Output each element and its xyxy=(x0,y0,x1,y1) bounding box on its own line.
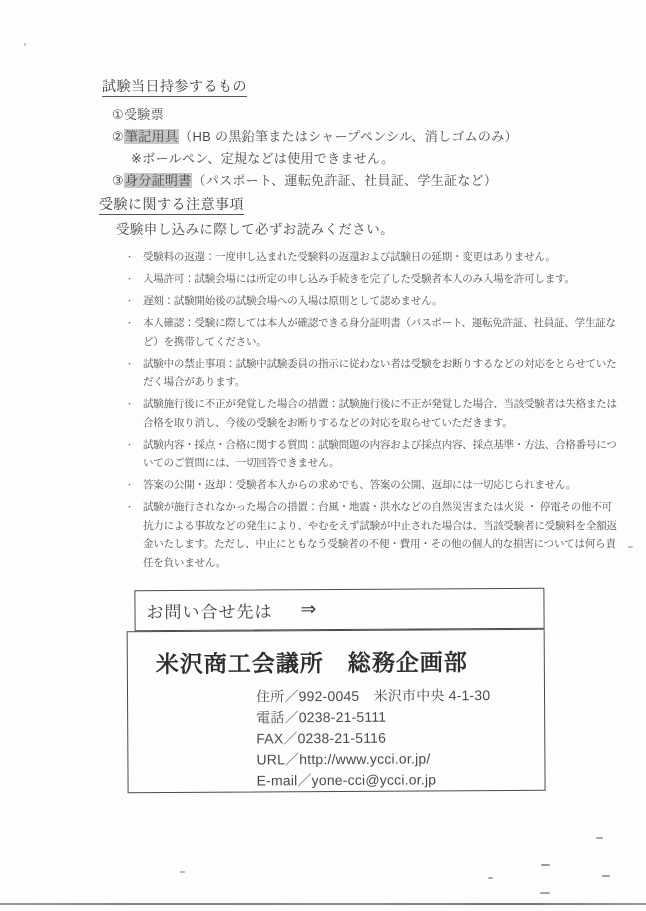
notes-list: ・受験料の返還：一度申し込まれた受験料の返還および試験日の延期・変更はありません… xyxy=(125,248,619,572)
notice-text: 本人確認：受験に際しては本人が確認できる身分証明書（パスポート、運転免許証、社員… xyxy=(143,314,619,351)
contact-detail-lines: 住所／992-0045 米沢市中央 4-1-30 電話／0238-21-5111… xyxy=(256,685,545,792)
item-number: ③ xyxy=(112,173,124,188)
notice-item: ・受験料の返還：一度申し込まれた受験料の返還および試験日の延期・変更はありません… xyxy=(125,248,619,267)
bullet-icon: ・ xyxy=(125,498,133,572)
bring-list: ①受験票 ②筆記用具（HB の黒鉛筆またはシャープペンシル、消しゴムのみ） ※ボ… xyxy=(102,104,602,192)
notice-item: ・答案の公開・返却：受験者本人からの求めでも、答案の公開、返却には一切応じられま… xyxy=(125,476,619,495)
item-label: 受験票 xyxy=(124,107,164,122)
bring-section: 試験当日持参するもの ①受験票 ②筆記用具（HB の黒鉛筆またはシャープペンシル… xyxy=(102,78,602,192)
contact-header-label: お問い合せ先は xyxy=(146,597,272,623)
notes-section: 受験に関する注意事項 受験申し込みに際して必ずお読みください。 ・受験料の返還：… xyxy=(99,196,619,576)
notice-item: ・遅刻：試験開始後の試験会場への入場は原則として認めません。 xyxy=(125,292,619,311)
notice-item: ・本人確認：受験に際しては本人が確認できる身分証明書（パスポート、運転免許証、社… xyxy=(125,314,619,351)
scan-speck xyxy=(541,864,550,866)
bullet-icon: ・ xyxy=(125,292,133,311)
notice-item: ・試験が施行されなかった場合の措置：台風・地震・洪水などの自然災害または火災 ・… xyxy=(125,498,619,572)
scan-speck xyxy=(628,546,633,548)
contact-line-url: URL／http://www.ycci.or.jp/ xyxy=(256,748,544,771)
bullet-icon: ・ xyxy=(125,314,133,351)
scan-speck xyxy=(596,837,603,839)
notice-text: 試験施行後に不正が発覚した場合の措置：試験施行後に不正が発覚した場合、当該受験者… xyxy=(143,395,619,432)
item-label-highlighted: 筆記用具 xyxy=(124,129,179,144)
item-number: ① xyxy=(112,107,124,122)
organization-name: 米沢商工会議所 総務企画部 xyxy=(156,644,544,679)
scan-speck xyxy=(24,43,26,46)
item-rest: （パスポート、運転免許証、社員証、学生証など） xyxy=(192,173,497,188)
scan-speck xyxy=(180,871,185,873)
bullet-icon: ・ xyxy=(125,395,133,432)
contact-line-email: E-mail／yone-cci@ycci.or.jp xyxy=(256,769,544,792)
notice-item: ・試験施行後に不正が発覚した場合の措置：試験施行後に不正が発覚した場合、当該受験… xyxy=(125,395,619,432)
scan-speck xyxy=(488,877,493,879)
bullet-icon: ・ xyxy=(125,476,133,495)
notice-text: 試験中の禁止事項：試験中試験委員の指示に従わない者は受験をお断りするなどの対応を… xyxy=(143,355,619,392)
notice-text: 試験内容・採点・合格に関する質問：試験問題の内容および採点内容、採点基準・方法、… xyxy=(143,436,619,473)
scanned-document-page: 試験当日持参するもの ①受験票 ②筆記用具（HB の黒鉛筆またはシャープペンシル… xyxy=(0,0,646,911)
notice-item: ・入場許可：試験会場には所定の申し込み手続きを完了した受験者本人のみ入場を許可し… xyxy=(125,270,619,289)
contact-line-phone: 電話／0238-21-5111 xyxy=(256,706,544,729)
notice-text: 入場許可：試験会場には所定の申し込み手続きを完了した受験者本人のみ入場を許可しま… xyxy=(143,270,619,289)
notes-subheading: 受験申し込みに際して必ずお読みください。 xyxy=(116,221,619,238)
bullet-icon: ・ xyxy=(125,436,133,473)
notice-text: 受験料の返還：一度申し込まれた受験料の返還および試験日の延期・変更はありません。 xyxy=(143,248,619,267)
notice-text: 試験が施行されなかった場合の措置：台風・地震・洪水などの自然災害または火災 ・ … xyxy=(143,498,619,572)
note-no-ballpoint: ※ボールペン、定規などは使用できません。 xyxy=(131,148,602,170)
arrow-right-icon: ⇒ xyxy=(300,598,317,621)
bullet-icon: ・ xyxy=(125,248,133,267)
list-item-id-card: ③身分証明書（パスポート、運転免許証、社員証、学生証など） xyxy=(112,170,602,192)
item-number: ② xyxy=(112,129,124,144)
notice-text: 答案の公開・返却：受験者本人からの求めでも、答案の公開、返却には一切応じられませ… xyxy=(143,476,619,495)
scan-speck xyxy=(602,875,610,877)
notice-text: 遅刻：試験開始後の試験会場への入場は原則として認めません。 xyxy=(143,292,619,311)
notice-item: ・試験内容・採点・合格に関する質問：試験問題の内容および採点内容、採点基準・方法… xyxy=(125,436,619,473)
notice-item: ・試験中の禁止事項：試験中試験委員の指示に従わない者は受験をお断りするなどの対応… xyxy=(125,355,619,392)
contact-line-fax: FAX／0238-21-5116 xyxy=(256,727,544,750)
bring-heading: 試験当日持参するもの xyxy=(102,78,247,97)
bullet-icon: ・ xyxy=(125,355,133,392)
scan-bottom-edge xyxy=(0,903,646,905)
contact-line-address: 住所／992-0045 米沢市中央 4-1-30 xyxy=(256,685,544,708)
contact-box: お問い合せ先は ⇒ 米沢商工会議所 総務企画部 住所／992-0045 米沢市中… xyxy=(126,588,545,796)
bullet-icon: ・ xyxy=(125,270,133,289)
contact-header-box: お問い合せ先は ⇒ xyxy=(134,588,544,632)
item-rest: （HB の黒鉛筆またはシャープペンシル、消しゴムのみ） xyxy=(179,129,518,144)
notes-heading: 受験に関する注意事項 xyxy=(99,196,244,215)
item-label-highlighted: 身分証明書 xyxy=(124,173,193,188)
scan-speck xyxy=(540,892,550,894)
list-item-writing-tools: ②筆記用具（HB の黒鉛筆またはシャープペンシル、消しゴムのみ） xyxy=(112,126,602,148)
contact-main-box: 米沢商工会議所 総務企画部 住所／992-0045 米沢市中央 4-1-30 電… xyxy=(127,629,546,794)
list-item-exam-ticket: ①受験票 xyxy=(112,104,602,126)
